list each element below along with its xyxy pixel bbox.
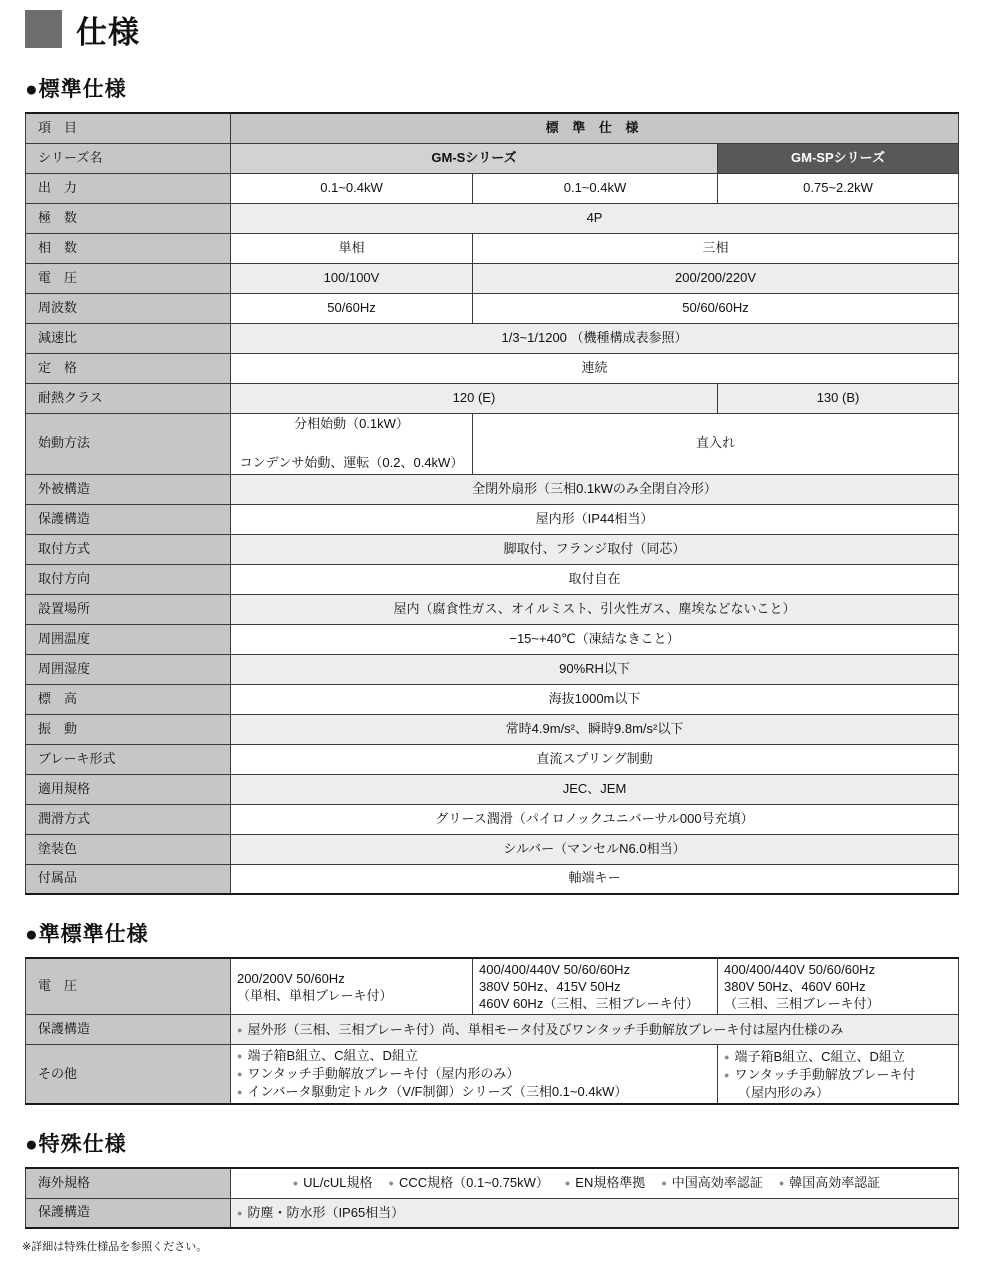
cell-starting-method-three: 直入れ [473,413,959,474]
row-brake-type: ブレーキ形式 直流スプリング制動 [26,744,959,774]
cell-output-1: 0.1~0.4kW [231,173,473,203]
list-item: 380V 50Hz、460V 60Hz [724,978,952,995]
list-item: ●中国高効率認証 [661,1174,762,1192]
cell-output-2: 0.1~0.4kW [473,173,718,203]
row-frequency: 周波数 50/60Hz 50/60/60Hz [26,293,959,323]
label-starting-method: 始動方法 [26,413,231,474]
row-semi-protection: 保護構造 ●屋外形（三相、三相ブレーキ付）尚、単相モータ付及びワンタッチ手動解放… [26,1015,959,1045]
cell-paint-color: シルバー（マンセルN6.0相当） [231,834,959,864]
row-altitude: 標 高 海抜1000m以下 [26,684,959,714]
cell-thermal-class-gmsp: 130 (B) [718,383,959,413]
cell-lubrication: グリース潤滑（パイロノックユニバーサル000号充填） [231,804,959,834]
list-item-text: インバータ駆動定トルク（V/F制御）シリーズ（三相0.1~0.4kW） [247,1084,627,1099]
cell-semi-others-gms: ●端子箱B組立、C組立、D組立●ワンタッチ手動解放ブレーキ付（屋内形のみ）●イン… [231,1045,718,1105]
cell-brake-type: 直流スプリング制動 [231,744,959,774]
list-item-text: 中国高効率認証 [672,1175,763,1190]
list-item: ●端子箱B組立、C組立、D組立 [724,1048,952,1066]
label-ambient-humidity: 周囲湿度 [26,654,231,684]
cell-mounting-method: 脚取付、フランジ取付（同芯） [231,534,959,564]
row-reduction-ratio: 減速比 1/3~1/1200 （機種構成表参照） [26,323,959,353]
cell-altitude: 海抜1000m以下 [231,684,959,714]
cell-standards: JEC、JEM [231,774,959,804]
list-item-text: 屋外形（三相、三相ブレーキ付）尚、単相モータ付及びワンタッチ手動解放ブレーキ付は… [247,1022,843,1037]
list-item: ●端子箱B組立、C組立、D組立 [237,1047,711,1065]
cell-voltage-single: 100/100V [231,263,473,293]
row-voltage: 電 圧 100/100V 200/200/220V [26,263,959,293]
standard-spec-heading: ●標準仕様 [25,73,958,103]
cell-enclosure: 全閉外扇形（三相0.1kWのみ全閉自冷形） [231,474,959,504]
bullet-icon: ● [293,1178,298,1188]
bullet-icon: ● [237,1069,242,1079]
list-item: ●UL/cUL規格 [293,1174,373,1192]
cell-special-protection: ●防塵・防水形（IP65相当） [231,1198,959,1228]
list-item-text: 400/400/440V 50/60/60Hz [479,962,630,977]
list-item-text: 460V 60Hz（三相、三相ブレーキ付） [479,996,699,1011]
cell-gm-sp-series: GM-SPシリーズ [718,143,959,173]
label-installation-site: 設置場所 [26,594,231,624]
cell-protection: 屋内形（IP44相当） [231,504,959,534]
list-item-text: ワンタッチ手動解放ブレーキ付（屋内形のみ） [247,1066,519,1081]
list-item: ●CCC規格（0.1~0.75kW） [389,1174,549,1192]
cell-semi-voltage-1: 200/200V 50/60Hz（単相、単相ブレーキ付） [231,958,473,1015]
label-vibration: 振 動 [26,714,231,744]
bullet-icon: ● [661,1178,666,1188]
label-semi-protection: 保護構造 [26,1015,231,1045]
cell-thermal-class-gms: 120 (E) [231,383,718,413]
label-phases: 相 数 [26,233,231,263]
cell-mounting-direction: 取付自在 [231,564,959,594]
page-title: 仕様 [76,7,140,52]
cell-reduction-ratio: 1/3~1/1200 （機種構成表参照） [231,323,959,353]
label-series-name: シリーズ名 [26,143,231,173]
list-item: ●ワンタッチ手動解放ブレーキ付（屋内形のみ） [237,1065,711,1083]
label-ambient-temp: 周囲温度 [26,624,231,654]
list-item-text: 380V 50Hz、460V 60Hz [724,979,866,994]
cell-ambient-humidity: 90%RH以下 [231,654,959,684]
label-protection: 保護構造 [26,504,231,534]
cell-starting-method-single: 分相始動（0.1kW） コンデンサ始動、運転（0.2、0.4kW） [231,413,473,474]
row-lubrication: 潤滑方式 グリース潤滑（パイロノックユニバーサル000号充填） [26,804,959,834]
special-spec-table: 海外規格 ●UL/cUL規格●CCC規格（0.1~0.75kW）●EN規格準拠●… [25,1167,959,1229]
label-lubrication: 潤滑方式 [26,804,231,834]
cell-semi-others-gmsp: ●端子箱B組立、C組立、D組立●ワンタッチ手動解放ブレーキ付（屋内形のみ） [718,1045,959,1105]
list-item-text: UL/cUL規格 [303,1175,372,1190]
label-standards: 適用規格 [26,774,231,804]
cell-installation-site: 屋内（腐食性ガス、オイルミスト、引火性ガス、塵埃などないこと） [231,594,959,624]
cell-semi-protection: ●屋外形（三相、三相ブレーキ付）尚、単相モータ付及びワンタッチ手動解放ブレーキ付… [231,1015,959,1045]
bullet-icon: ● [237,1051,242,1061]
list-item: 200/200V 50/60Hz [237,970,466,987]
list-item: 380V 50Hz、415V 50Hz [479,978,711,995]
standard-spec-table: 項 目 標 準 仕 様 シリーズ名 GM-Sシリーズ GM-SPシリーズ 出 力… [25,112,959,895]
cell-accessories: 軸端キー [231,864,959,894]
semi-standard-spec-heading: ●準標準仕様 [25,918,958,948]
list-item-text: （単相、単相ブレーキ付） [237,988,392,1003]
cell-ambient-temp: −15~+40℃（凍結なきこと） [231,624,959,654]
list-item: （三相、三相ブレーキ付） [724,995,952,1012]
list-item-text: EN規格準拠 [575,1175,645,1190]
cell-phases-three: 三相 [473,233,959,263]
row-header: 項 目 標 準 仕 様 [26,113,959,143]
bullet-icon: ● [389,1178,394,1188]
starting-method-lines: 分相始動（0.1kW） コンデンサ始動、運転（0.2、0.4kW） [237,416,466,472]
list-item: ●EN規格準拠 [565,1174,646,1192]
title-square-icon [25,10,62,48]
label-item: 項 目 [26,113,231,143]
cell-rating: 連続 [231,353,959,383]
row-mounting-method: 取付方式 脚取付、フランジ取付（同芯） [26,534,959,564]
label-semi-voltage: 電 圧 [26,958,231,1015]
row-vibration: 振 動 常時4.9m/s²、瞬時9.8m/s²以下 [26,714,959,744]
label-mounting-direction: 取付方向 [26,564,231,594]
row-starting-method: 始動方法 分相始動（0.1kW） コンデンサ始動、運転（0.2、0.4kW） 直… [26,413,959,474]
label-overseas-standards: 海外規格 [26,1168,231,1198]
row-mounting-direction: 取付方向 取付自在 [26,564,959,594]
row-overseas-standards: 海外規格 ●UL/cUL規格●CCC規格（0.1~0.75kW）●EN規格準拠●… [26,1168,959,1198]
list-item-text: （屋内形のみ） [738,1085,829,1100]
special-spec-heading: ●特殊仕様 [25,1128,958,1158]
cell-semi-voltage-2: 400/400/440V 50/60/60Hz380V 50Hz、415V 50… [473,958,718,1015]
label-rating: 定 格 [26,353,231,383]
semi-standard-spec-table: 電 圧 200/200V 50/60Hz（単相、単相ブレーキ付） 400/400… [25,957,959,1105]
label-altitude: 標 高 [26,684,231,714]
label-special-protection: 保護構造 [26,1198,231,1228]
label-semi-others: その他 [26,1045,231,1105]
list-item-text: 韓国高効率認証 [789,1175,880,1190]
list-item: 460V 60Hz（三相、三相ブレーキ付） [479,995,711,1012]
row-output: 出 力 0.1~0.4kW 0.1~0.4kW 0.75~2.2kW [26,173,959,203]
cell-vibration: 常時4.9m/s²、瞬時9.8m/s²以下 [231,714,959,744]
list-item-text: 200/200V 50/60Hz [237,971,345,986]
page-title-row: 仕様 [25,8,958,50]
list-item-text: ワンタッチ手動解放ブレーキ付 [734,1067,915,1082]
bullet-icon: ● [237,1208,242,1218]
starting-method-line-1: 分相始動（0.1kW） [237,416,466,433]
bullet-icon: ● [565,1178,570,1188]
list-item: 400/400/440V 50/60/60Hz [479,961,711,978]
list-item-text: 防塵・防水形（IP65相当） [247,1205,404,1220]
bullet-icon: ● [237,1025,242,1035]
row-ambient-humidity: 周囲湿度 90%RH以下 [26,654,959,684]
list-item: ●ワンタッチ手動解放ブレーキ付 [724,1066,952,1084]
label-enclosure: 外被構造 [26,474,231,504]
label-accessories: 付属品 [26,864,231,894]
cell-gm-s-series: GM-Sシリーズ [231,143,718,173]
cell-voltage-three: 200/200/220V [473,263,959,293]
cell-poles: 4P [231,203,959,233]
row-paint-color: 塗装色 シルバー（マンセルN6.0相当） [26,834,959,864]
list-item: ●屋外形（三相、三相ブレーキ付）尚、単相モータ付及びワンタッチ手動解放ブレーキ付… [237,1021,952,1039]
list-item-text: 端子箱B組立、C組立、D組立 [247,1048,417,1063]
list-item-text: 端子箱B組立、C組立、D組立 [734,1049,904,1064]
row-special-protection: 保護構造 ●防塵・防水形（IP65相当） [26,1198,959,1228]
list-item-text: 400/400/440V 50/60/60Hz [724,962,875,977]
row-phases: 相 数 単相 三相 [26,233,959,263]
cell-frequency-three: 50/60/60Hz [473,293,959,323]
cell-phases-single: 単相 [231,233,473,263]
list-item-text: 380V 50Hz、415V 50Hz [479,979,621,994]
list-item: ●韓国高効率認証 [779,1174,880,1192]
label-thermal-class: 耐熱クラス [26,383,231,413]
cell-output-3: 0.75~2.2kW [718,173,959,203]
starting-method-line-2: コンデンサ始動、運転（0.2、0.4kW） [237,455,466,472]
label-output: 出 力 [26,173,231,203]
row-enclosure: 外被構造 全閉外扇形（三相0.1kWのみ全閉自冷形） [26,474,959,504]
list-item: （屋内形のみ） [724,1084,952,1101]
row-series-name: シリーズ名 GM-Sシリーズ GM-SPシリーズ [26,143,959,173]
row-semi-others: その他 ●端子箱B組立、C組立、D組立●ワンタッチ手動解放ブレーキ付（屋内形のみ… [26,1045,959,1105]
row-thermal-class: 耐熱クラス 120 (E) 130 (B) [26,383,959,413]
label-brake-type: ブレーキ形式 [26,744,231,774]
row-ambient-temp: 周囲温度 −15~+40℃（凍結なきこと） [26,624,959,654]
row-poles: 極 数 4P [26,203,959,233]
list-item: ●インバータ駆動定トルク（V/F制御）シリーズ（三相0.1~0.4kW） [237,1083,711,1101]
cell-overseas-standards: ●UL/cUL規格●CCC規格（0.1~0.75kW）●EN規格準拠●中国高効率… [231,1168,959,1198]
label-mounting-method: 取付方式 [26,534,231,564]
list-item: 400/400/440V 50/60/60Hz [724,961,952,978]
cell-frequency-single: 50/60Hz [231,293,473,323]
bullet-icon: ● [779,1178,784,1188]
label-frequency: 周波数 [26,293,231,323]
label-reduction-ratio: 減速比 [26,323,231,353]
bullet-icon: ● [237,1087,242,1097]
row-semi-voltage: 電 圧 200/200V 50/60Hz（単相、単相ブレーキ付） 400/400… [26,958,959,1015]
row-accessories: 付属品 軸端キー [26,864,959,894]
bullet-icon: ● [724,1052,729,1062]
cell-semi-voltage-3: 400/400/440V 50/60/60Hz380V 50Hz、460V 60… [718,958,959,1015]
label-voltage: 電 圧 [26,263,231,293]
list-item: ●防塵・防水形（IP65相当） [237,1204,952,1222]
row-installation-site: 設置場所 屋内（腐食性ガス、オイルミスト、引火性ガス、塵埃などないこと） [26,594,959,624]
list-item-text: CCC規格（0.1~0.75kW） [399,1175,549,1190]
row-protection: 保護構造 屋内形（IP44相当） [26,504,959,534]
cell-standard-spec-header: 標 準 仕 様 [231,113,959,143]
list-item: （単相、単相ブレーキ付） [237,987,466,1004]
list-item-text: （三相、三相ブレーキ付） [724,996,879,1011]
label-paint-color: 塗装色 [26,834,231,864]
row-standards: 適用規格 JEC、JEM [26,774,959,804]
row-rating: 定 格 連続 [26,353,959,383]
label-poles: 極 数 [26,203,231,233]
bullet-icon: ● [724,1070,729,1080]
footnote: ※詳細は特殊仕様品を参照ください。 [22,1238,958,1254]
